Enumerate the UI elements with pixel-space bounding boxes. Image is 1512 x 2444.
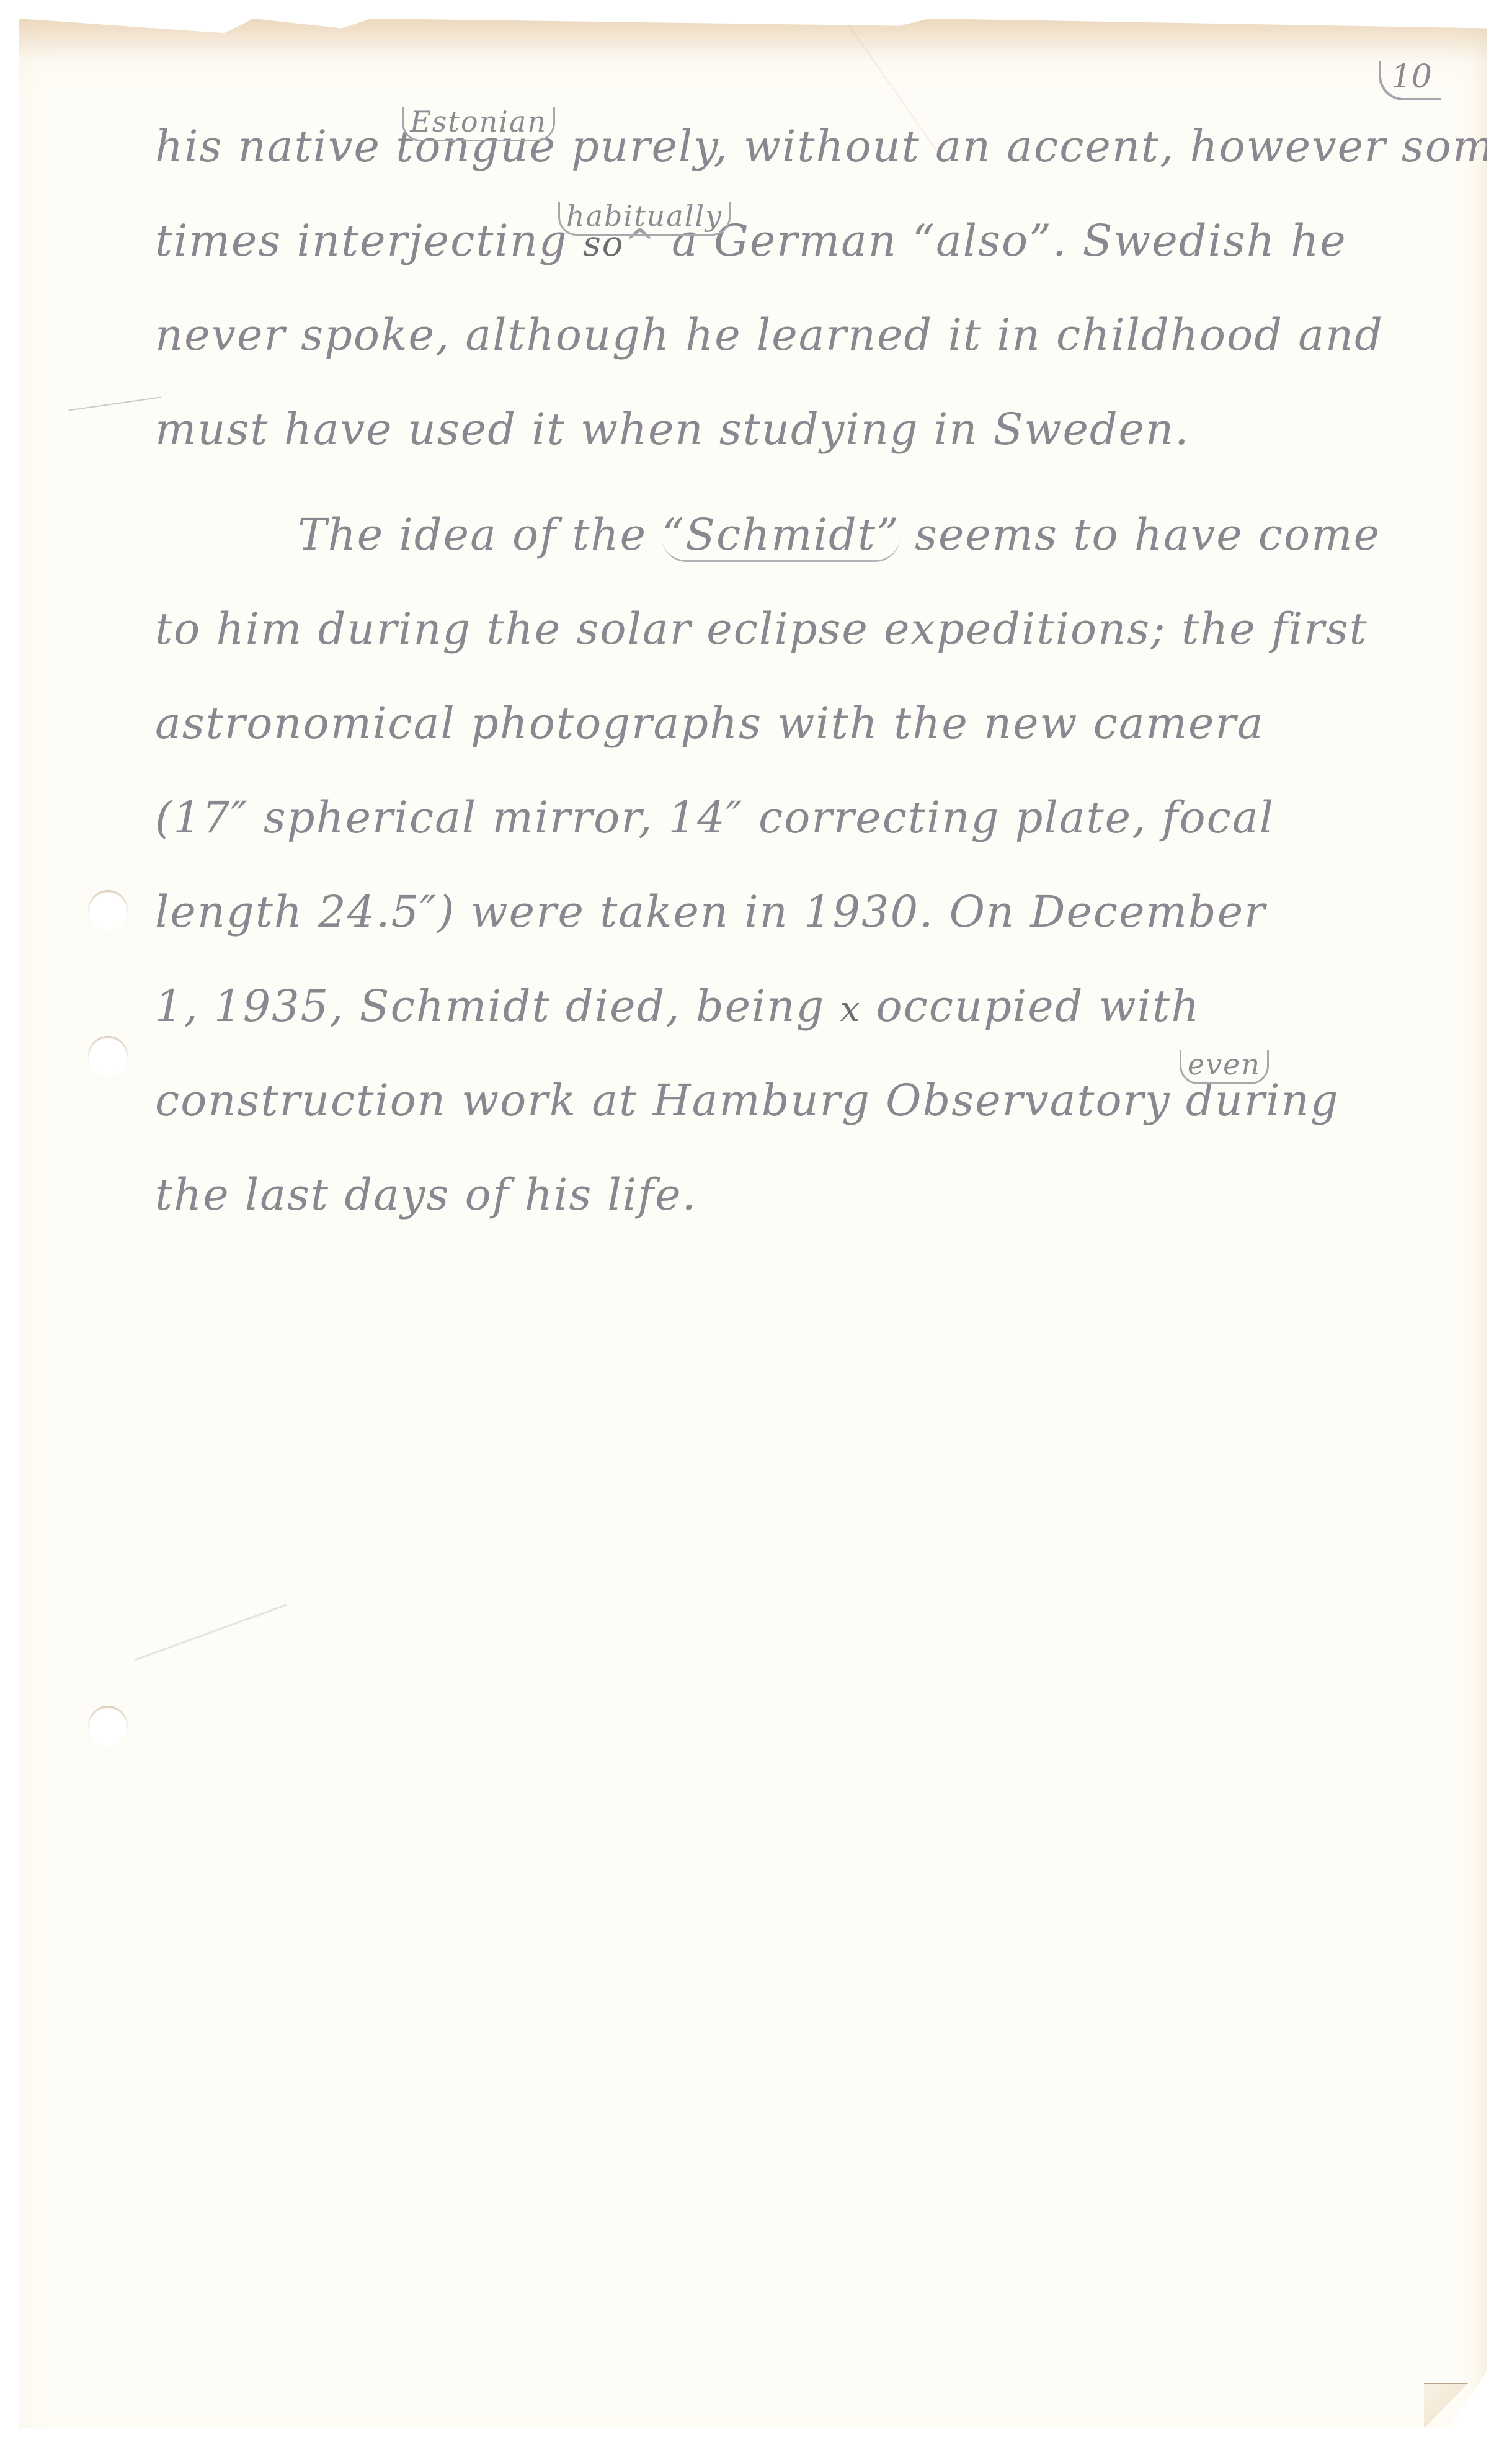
- inserted-word-even: even: [1180, 1050, 1269, 1084]
- text-line: must have used it when studying in Swede…: [155, 382, 1457, 476]
- punch-hole-bottom: [88, 1706, 128, 1746]
- inserted-word-habitually: habitually: [558, 202, 731, 236]
- paragraph-break: [155, 476, 1457, 488]
- page-number: 10: [1379, 61, 1441, 100]
- text-line: length 24.5″) were taken in 1930. On Dec…: [155, 865, 1457, 959]
- inserted-word-estonian: Estonian: [402, 107, 555, 141]
- text-line: never spoke, although he learned it in c…: [155, 288, 1457, 382]
- underlined-word-schmidt: “Schmidt”: [662, 509, 900, 562]
- folded-corner: [1424, 2383, 1469, 2428]
- text-line: times interjecting habituallyso^ a Germa…: [155, 194, 1457, 288]
- insertion-point: evenduring: [1186, 1075, 1340, 1126]
- text-line: the last days of his life.: [155, 1148, 1457, 1242]
- text-line: 1, 1935, Schmidt died, being x occupied …: [155, 959, 1457, 1053]
- pencil-smudge: [135, 1604, 287, 1661]
- manuscript-page: 10 his native Estoniantongue purely, wit…: [19, 19, 1487, 2428]
- text-line: (17″ spherical mirror, 14″ correcting pl…: [155, 770, 1457, 865]
- handwritten-text: his native Estoniantongue purely, withou…: [155, 99, 1457, 1242]
- insertion-point: habituallyso^: [583, 215, 657, 266]
- text-line: to him during the solar eclipse expediti…: [155, 582, 1457, 676]
- punch-hole-middle: [88, 1036, 128, 1076]
- text-line: astronomical photographs with the new ca…: [155, 676, 1457, 770]
- text-line: construction work at Hamburg Observatory…: [155, 1053, 1457, 1148]
- text-line: The idea of the “Schmidt” seems to have …: [155, 488, 1457, 582]
- text-line: his native Estoniantongue purely, withou…: [155, 99, 1457, 194]
- struck-mark: x: [840, 989, 861, 1030]
- margin-pencil-mark: [69, 397, 161, 411]
- age-stain: [19, 19, 1487, 62]
- edited-word: Estoniantongue: [396, 121, 556, 172]
- punch-hole-top: [88, 890, 128, 930]
